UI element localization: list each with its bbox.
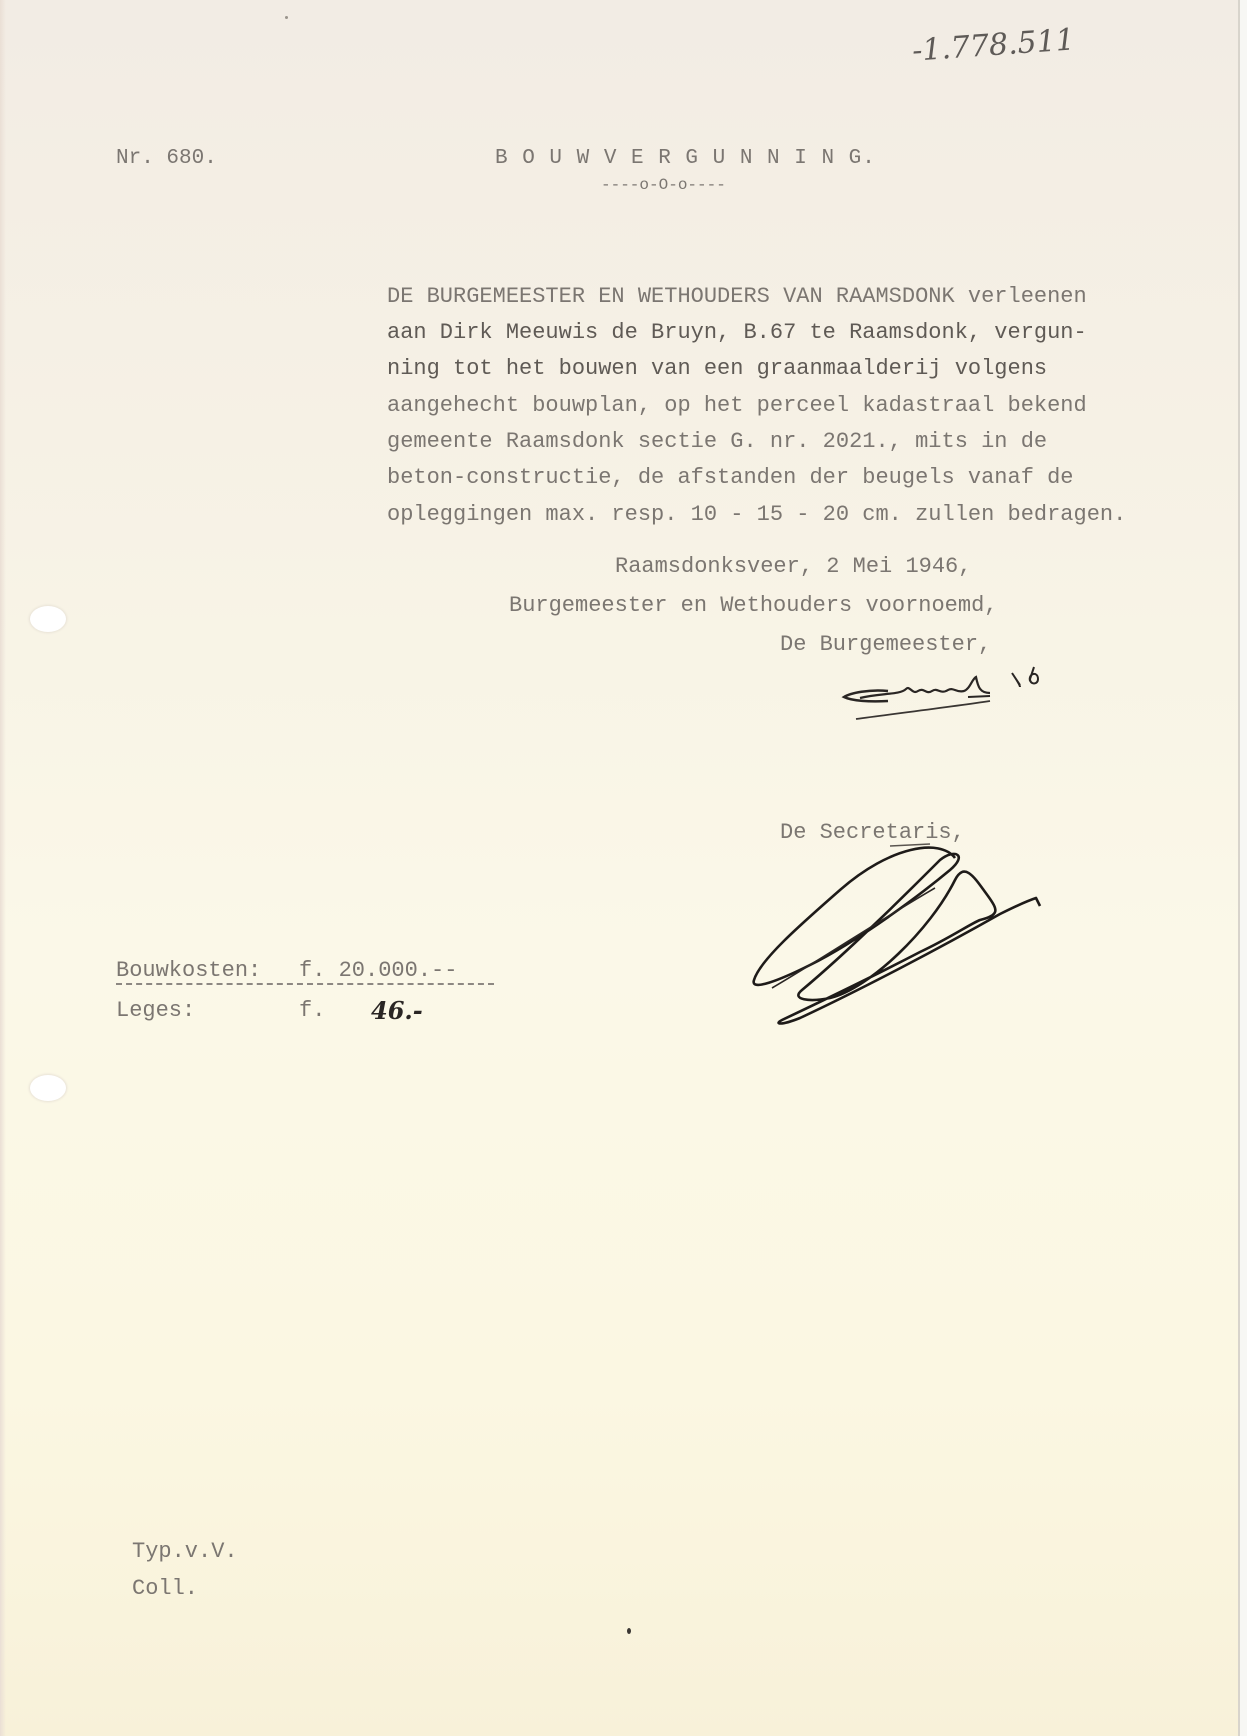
- collated-mark: Coll.: [132, 1578, 198, 1600]
- title-ornament: ----o-O-o----: [601, 174, 726, 196]
- fees-label: Leges:: [116, 1000, 195, 1022]
- scan-margin: [1240, 0, 1247, 1736]
- building-cost-label: Bouwkosten:: [116, 960, 261, 982]
- ink-speck: [627, 1628, 631, 1634]
- body-line: ning tot het bouwen van een graanmaalder…: [387, 358, 1047, 380]
- archive-note: -1.778.511: [911, 22, 1076, 68]
- body-line: gemeente Raamsdonk sectie G. nr. 2021., …: [387, 431, 1047, 453]
- building-cost-underline: [116, 983, 494, 985]
- punch-hole-upper: [30, 606, 66, 632]
- mayor-signature: [840, 665, 1100, 735]
- body-line: aan Dirk Meeuwis de Bruyn, B.67 te Raams…: [387, 322, 1087, 344]
- document-number: Nr. 680.: [116, 148, 217, 170]
- authority-line: Burgemeester en Wethouders voornoemd,: [509, 595, 997, 617]
- ink-speck: [285, 16, 288, 19]
- typist-initials: Typ.v.V.: [132, 1541, 238, 1563]
- place-date: Raamsdonksveer, 2 Mei 1946,: [615, 556, 971, 578]
- document-title: B O U W V E R G U N N I N G.: [495, 148, 876, 170]
- fees-currency: f.: [299, 1000, 325, 1022]
- body-line: DE BURGEMEESTER EN WETHOUDERS VAN RAAMSD…: [387, 286, 1087, 308]
- body-line: aangehecht bouwplan, op het perceel kada…: [387, 395, 1087, 417]
- secretary-signature: [740, 820, 1080, 1060]
- body-line: beton-constructie, de afstanden der beug…: [387, 467, 1074, 489]
- page-edge-shadow: [0, 0, 6, 1736]
- mayor-label: De Burgemeester,: [780, 634, 991, 656]
- building-cost-value: f. 20.000.--: [299, 960, 457, 982]
- body-line: opleggingen max. resp. 10 - 15 - 20 cm. …: [387, 504, 1126, 526]
- fees-value: 46.-: [371, 996, 423, 1025]
- document-page: -1.778.511 Nr. 680. B O U W V E R G U N …: [0, 0, 1240, 1736]
- punch-hole-lower: [30, 1075, 66, 1101]
